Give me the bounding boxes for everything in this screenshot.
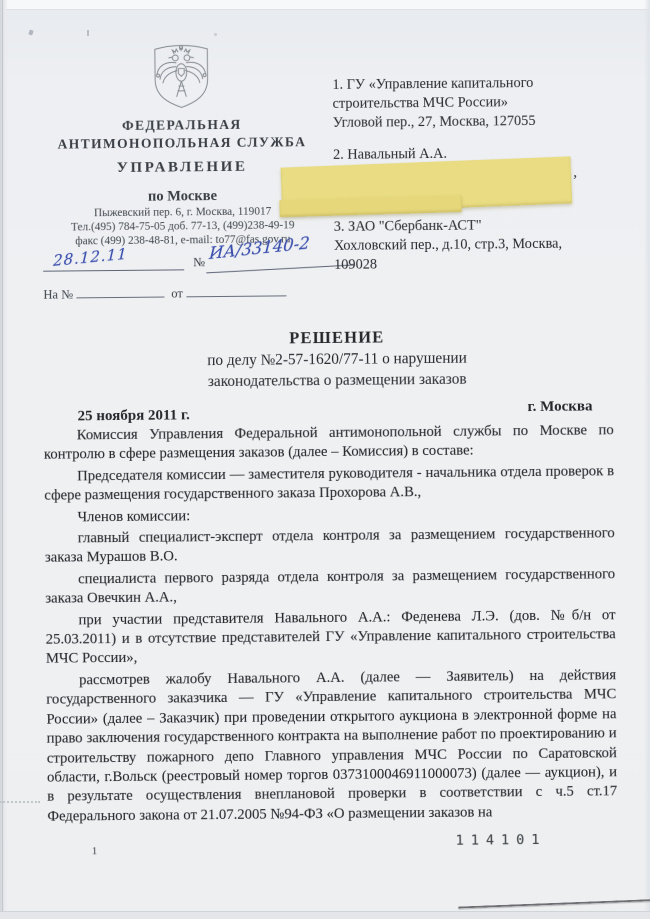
case-number-line: по делу №2-57-1620/77-11 о нарушении xyxy=(149,348,525,371)
stamp-number: 114101 xyxy=(456,832,547,849)
case-subject-line: законодательства о размещении заказов xyxy=(149,369,525,392)
decision-body: Комиссия Управления Федеральной антимоно… xyxy=(44,421,618,829)
scan-bottom-edge xyxy=(0,911,650,919)
body-paragraph-2: Председателя комиссии — заместителя руко… xyxy=(44,462,614,506)
recipient-1-line3: Угловой пер., 27, Москва, 127055 xyxy=(333,112,536,133)
body-paragraph-7: рассмотрев жалобу Навального А.А. (далее… xyxy=(46,666,617,827)
body-paragraph-4: главный специалист-эксперт отдела контро… xyxy=(45,524,615,568)
recipient-3-line1: 3. ЗАО "Сбербанк-АСТ" xyxy=(334,216,562,237)
decision-date: 25 ноября 2011 г. xyxy=(77,407,189,425)
recipient-3-line2: Хохловский пер., д.10, стр.3, Москва, xyxy=(334,235,562,256)
recipient-2: 2. Навальный А.А. , xyxy=(333,145,447,165)
recipient-3-line3: 109028 xyxy=(334,254,562,275)
recipient-1-line1: 1. ГУ «Управление капитального xyxy=(332,74,535,95)
date-underline xyxy=(43,269,184,271)
on-number-blank xyxy=(76,286,164,299)
scan-right-edge xyxy=(644,0,650,919)
number-label: № xyxy=(193,255,205,270)
scan-speck xyxy=(87,30,89,36)
reply-reference-row: На № от xyxy=(43,284,286,302)
double-headed-eagle-crest-icon xyxy=(150,41,213,110)
on-number-label: На № xyxy=(43,287,73,301)
recipient-1: 1. ГУ «Управление капитального строитель… xyxy=(332,74,535,133)
body-paragraph-1: Комиссия Управления Федеральной антимоно… xyxy=(44,421,614,465)
decision-title-block: РЕШЕНИЕ по делу №2-57-1620/77-11 о наруш… xyxy=(149,326,526,392)
decision-place: г. Москва xyxy=(527,398,592,416)
body-paragraph-6: при участии представителя Навального А.А… xyxy=(45,606,616,670)
body-paragraph-5: специалиста первого разряда отдела контр… xyxy=(45,565,615,609)
document-page: ФЕДЕРАЛЬНАЯ АНТИМОНОПОЛЬНАЯ СЛУЖБА УПРАВ… xyxy=(0,0,650,919)
scan-top-edge xyxy=(0,0,650,10)
page-number: 1 xyxy=(92,845,98,857)
recipients-block: 1. ГУ «Управление капитального строитель… xyxy=(332,71,600,74)
recipient-2-trailing-char: , xyxy=(573,164,577,183)
body-paragraph-3: Членов комиссии: xyxy=(44,503,614,528)
recipient-3: 3. ЗАО "Сбербанк-АСТ" Хохловский пер., д… xyxy=(334,216,563,275)
recipient-1-line2: строительства МЧС России» xyxy=(333,93,536,114)
perforation-dots xyxy=(0,801,40,803)
scan-left-edge-line xyxy=(2,0,3,919)
decision-heading: РЕШЕНИЕ xyxy=(149,326,525,350)
from-label: от xyxy=(171,286,183,300)
org-name-line2: АНТИМОНОПОЛЬНАЯ СЛУЖБА xyxy=(37,134,327,153)
scan-speck xyxy=(214,33,217,36)
org-name-line1: ФЕДЕРАЛЬНАЯ xyxy=(37,116,327,135)
from-blank xyxy=(186,284,286,297)
number-underline xyxy=(206,264,354,273)
